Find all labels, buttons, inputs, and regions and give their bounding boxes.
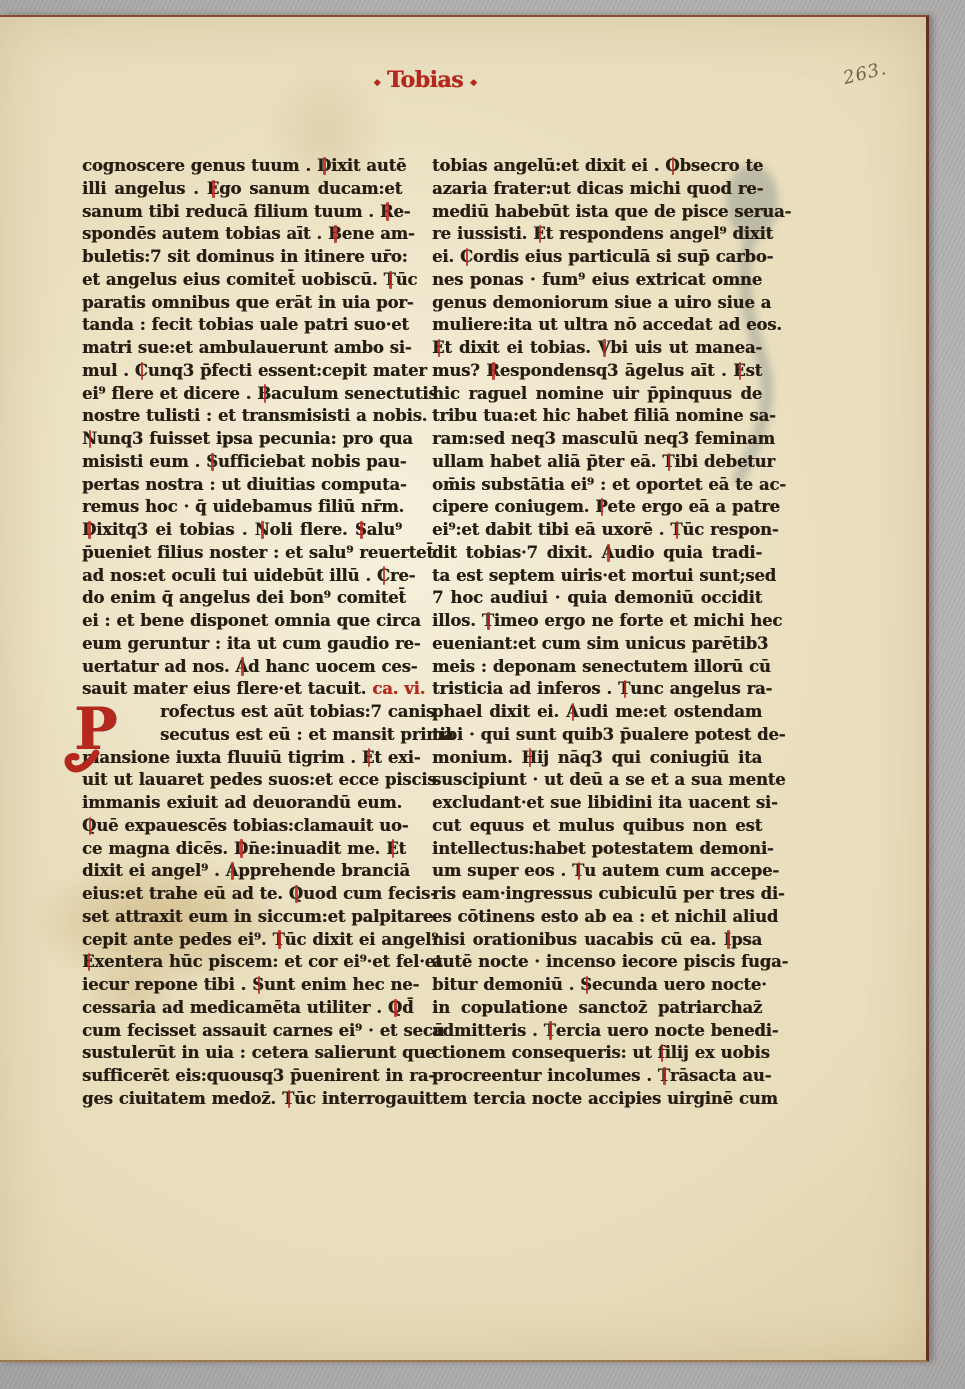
text-line: tanda : fecit tobias uale patri suo·et (82, 314, 402, 337)
text-line: 7 hoc audiui · quia demoniū occidit (432, 587, 762, 610)
rubricated-capital: S (206, 451, 218, 474)
text-line: ei. Cordis eius particulā si sup̄ carbo- (432, 246, 762, 269)
rubricated-capital: T (544, 1020, 556, 1043)
text-line: pertas nostra : ut diuitias computa- (82, 474, 402, 497)
text-line: autē nocte · incenso iecore piscis fuga- (432, 951, 762, 974)
rubricated-capital: N (255, 519, 270, 542)
diamond-ornament-icon: ◆ (367, 78, 387, 88)
text-line: dit tobias·7 dixit. Audio quia tradi- (432, 542, 762, 565)
text-line: ce magna dicēs. Dn̄e:inuadit me. Et (82, 838, 402, 861)
svg-text:P: P (74, 695, 117, 763)
text-line: Dixitq3 ei tobias . Noli flere. Salu⁹ (82, 519, 402, 542)
rubricated-capital: T (670, 519, 682, 542)
text-line: iecur repone tibi . Sunt enim hec ne- (82, 974, 402, 997)
rubricated-capital: R (380, 201, 394, 224)
text-line: ta est septem uiris·et mortui sunt;sed (432, 565, 762, 588)
text-line: ei⁹:et dabit tibi eā uxorē . Tūc respon- (432, 519, 762, 542)
text-line: matri sue:et ambulauerunt ambo si- (82, 337, 402, 360)
diamond-ornament-icon: ◆ (463, 78, 483, 88)
rubricated-capital: E (386, 838, 398, 861)
rubricated-capital: H (521, 747, 536, 770)
rubricated-capital: B (328, 223, 342, 246)
text-line: azaria frater:ut dicas michi quod re- (432, 178, 762, 201)
text-line: Quē expauescēs tobias:clamauit uo- (82, 815, 402, 838)
text-line: mus? Respondensq3 āgelus aīt . Est (432, 360, 762, 383)
text-line: misisti eum . Sufficiebat nobis pau- (82, 451, 402, 474)
rubricated-capital: T (383, 269, 395, 292)
text-line: paratis omnibus que erāt in uia por- (82, 292, 402, 315)
rubricated-capital: D (317, 155, 331, 178)
rubricated-capital: S (355, 519, 367, 542)
text-column-right: tobias angelū:et dixit ei . Obsecro teaz… (432, 155, 762, 1111)
text-line: genus demoniorum siue a uiro siue a (432, 292, 762, 315)
text-column-left: P cognoscere genus tuum . Dixit autēilli… (82, 155, 402, 1111)
text-line: cepit ante pedes ei⁹. Tūc dixit ei angel… (82, 929, 402, 952)
rubricated-capital: T (658, 1065, 670, 1088)
running-title-text: Tobias (387, 67, 463, 93)
text-line: muliere:ita ut ultra nō accedat ad eos. (432, 314, 762, 337)
text-line: cognoscere genus tuum . Dixit autē (82, 155, 402, 178)
rubricated-capital: C (377, 565, 390, 588)
rubricated-capital: I (724, 929, 732, 952)
running-title: ◆Tobias◆ (330, 67, 520, 93)
rubricated-capital: R (486, 360, 500, 383)
text-line: nisi orationibus uacabis cū ea. Ipsa (432, 929, 762, 952)
text-line: phael dixit ei. Audi me:et ostendam (432, 701, 762, 724)
rubricated-capital: O (665, 155, 679, 178)
text-line: ctionem consequeris: ut filij ex uobis (432, 1042, 762, 1065)
rubricated-capital: E (362, 747, 374, 770)
text-line: es cōtinens esto ab ea : et nichil aliud (432, 906, 762, 929)
rubricated-capital: C (460, 246, 473, 269)
text-line: ad nos:et oculi tui uidebūt illū . Cre- (82, 565, 402, 588)
rubricated-capital: A (602, 542, 615, 565)
rubricated-capital: E (207, 178, 219, 201)
text-line: set attraxit eum in siccum:et palpitare (82, 906, 402, 929)
rubricated-capital: B (257, 383, 271, 406)
rubricated-capital: T (572, 860, 584, 883)
folio-number: 263. (841, 58, 889, 89)
text-line: cut equus et mulus quibus non est (432, 815, 762, 838)
text-line: ram:sed neq3 masculū neq3 feminam (432, 428, 762, 451)
text-line: Exentera hūc piscem: et cor ei⁹·et fel·e… (82, 951, 402, 974)
rubricated-capital: T (282, 1088, 294, 1111)
rubricated-capital: E (733, 360, 745, 383)
text-line: hic raguel nomine uir p̄pinquus de (432, 383, 762, 406)
rubricated-capital: D (234, 838, 248, 861)
text-line: Nunq3 fuisset ipsa pecunia: pro qua (82, 428, 402, 451)
text-line: do enim q̄ angelus dei bon⁹ comitet̄ (82, 587, 402, 610)
text-line: buletis:7 sit dominus in itinere ur̄o: (82, 246, 402, 269)
text-line: Et dixit ei tobias. Vbi uis ut manea- (432, 337, 762, 360)
text-line: monium. Hij nāq3 qui coniugiū ita (432, 747, 762, 770)
text-line: in copulatione sanctoz̄ patriarchaz̄ (432, 997, 762, 1020)
drop-cap-initial: P (66, 695, 158, 779)
text-line: nostre tulisti : et transmisisti a nobis… (82, 405, 402, 428)
text-line: eum geruntur : ita ut cum gaudio re- (82, 633, 402, 656)
rubricated-capital: E (533, 223, 545, 246)
text-line: sufficerēt eis:quousq3 p̄uenirent in ra- (82, 1065, 402, 1088)
text-line: um super eos . Tu autem cum accepe- (432, 860, 762, 883)
text-line: spondēs autem tobias aīt . Bene am- (82, 223, 402, 246)
text-line: sustulerūt in uia : cetera salierunt que (82, 1042, 402, 1065)
rubricated-capital: N (82, 428, 97, 451)
text-line: mul . Cunq3 p̄fecti essent:cepit mater (82, 360, 402, 383)
text-line: ei : et bene disponet omnia que circa (82, 610, 402, 633)
manuscript-page: ◆Tobias◆ 263. P cognoscere genus tuum . … (0, 15, 929, 1362)
rubricated-capital: T (482, 610, 494, 633)
text-line: tristicia ad inferos . Tunc angelus ra- (432, 678, 762, 701)
text-line: re iussisti. Et respondens angel⁹ dixit (432, 223, 762, 246)
text-line: ges ciuitatem medoz̄. Tūc interrogauit (82, 1088, 402, 1111)
text-line: bitur demoniū . Secunda uero nocte· (432, 974, 762, 997)
rubricated-capital: D (82, 519, 96, 542)
text-line: cum fecisset assauit carnes ei⁹ · et sec… (82, 1020, 402, 1043)
text-line: remus hoc · q̄ uidebamus filiū nr̄m. (82, 496, 402, 519)
text-line: tribu tua:et hic habet filiā nomine sa- (432, 405, 762, 428)
text-line: excludant·et sue libidini ita uacent si- (432, 792, 762, 815)
text-line: meis : deponam senectutem illorū cū (432, 656, 762, 679)
rubricated-capital: Q (82, 815, 96, 838)
text-line: cipere coniugem. Pete ergo eā a patre (432, 496, 762, 519)
rubricated-capital: T (618, 678, 630, 701)
text-line: suscipiunt · ut deū a se et a sua mente (432, 769, 762, 792)
text-line: tibi · qui sunt quib3 p̄ualere potest de… (432, 724, 762, 747)
rubricated-capital: C (135, 360, 148, 383)
text-line: eueniant:et cum sim unicus parētib3 (432, 633, 762, 656)
text-line: dixit ei angel⁹ . Apprehende branciā (82, 860, 402, 883)
text-line: ullam habet aliā p̄ter eā. Tibi debetur (432, 451, 762, 474)
text-line: ris eam·ingressus cubiculū per tres di- (432, 883, 762, 906)
rubricated-capital: E (82, 951, 94, 974)
text-line: eius:et trahe eū ad te. Quod cum fecis- (82, 883, 402, 906)
text-line: nes ponas · fum⁹ eius extricat omne (432, 269, 762, 292)
text-line: tem tercia nocte accipies uirginē cum (432, 1088, 762, 1111)
rubricated-capital: T (662, 451, 674, 474)
rubricated-capital: f (658, 1042, 665, 1065)
text-line: illos. Timeo ergo ne forte et michi hec (432, 610, 762, 633)
rubricated-capital: A (566, 701, 579, 724)
text-line: uertatur ad nos. Ad hanc uocem ces- (82, 656, 402, 679)
text-line: admitteris . Tercia uero nocte benedi- (432, 1020, 762, 1043)
text-line: ei⁹ flere et dicere . Baculum senectutis (82, 383, 402, 406)
text-line: intellectus:habet potestatem demoni- (432, 838, 762, 861)
text-line: tobias angelū:et dixit ei . Obsecro te (432, 155, 762, 178)
text-line: et angelus eius comitet̄ uobiscū. Tūc (82, 269, 402, 292)
rubricated-capital: T (272, 929, 284, 952)
text-line: cessaria ad medicamēta utiliter . Qd̄ (82, 997, 402, 1020)
rubricated-capital: A (226, 860, 239, 883)
rubricated-capital: P (595, 496, 607, 519)
text-line: immanis exiuit ad deuorandū eum. (82, 792, 402, 815)
rubricated-capital: S (580, 974, 592, 997)
rubricated-capital: Q (289, 883, 303, 906)
text-line: illi angelus . Ego sanum ducam:et (82, 178, 402, 201)
rubric-text: ca. vi. (372, 679, 425, 698)
rubricated-capital: A (235, 656, 248, 679)
text-line: sanum tibi reducā filium tuum . Re- (82, 201, 402, 224)
photo-background: ◆Tobias◆ 263. P cognoscere genus tuum . … (0, 0, 965, 1389)
rubricated-capital: S (252, 974, 264, 997)
rubricated-capital: E (432, 337, 444, 360)
text-line: om̄is substātia ei⁹ : et oportet eā te a… (432, 474, 762, 497)
text-line: procreentur incolumes . Trāsacta au- (432, 1065, 762, 1088)
text-line: mediū habebūt ista que de pisce serua- (432, 201, 762, 224)
rubricated-capital: Q (388, 997, 402, 1020)
text-line: p̄ueniet filius noster : et salu⁹ reuert… (82, 542, 402, 565)
rubricated-capital: V (598, 337, 611, 360)
